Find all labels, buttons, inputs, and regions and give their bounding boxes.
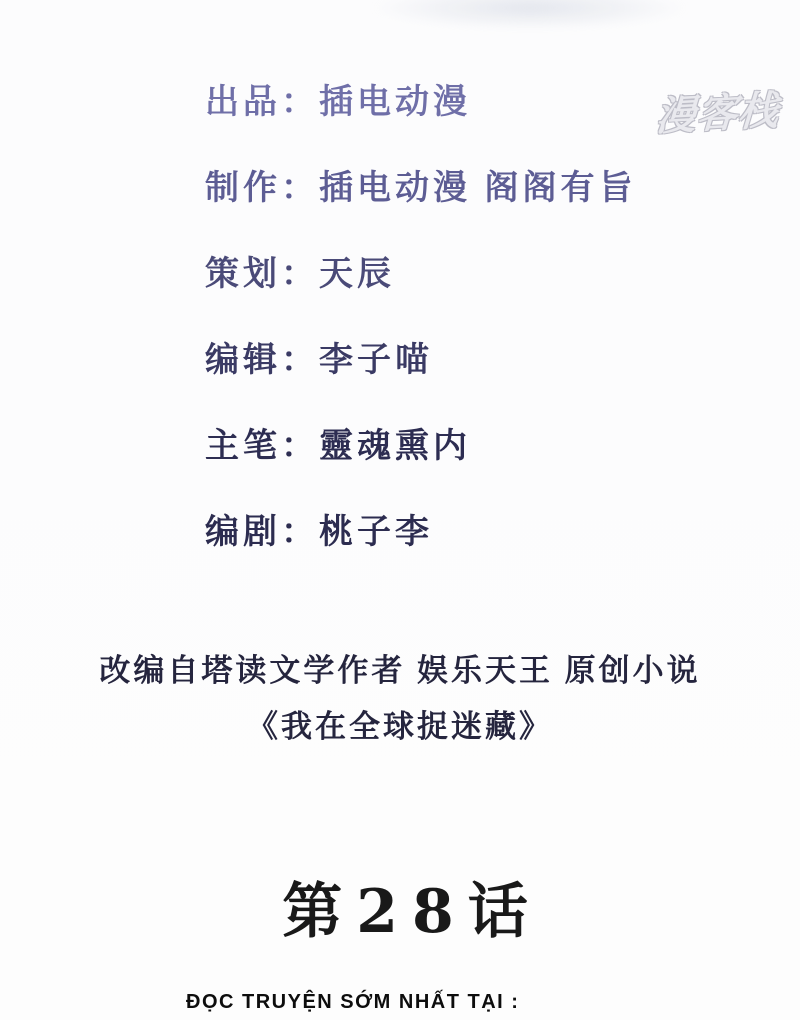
scan-artifact-smudge	[370, 0, 690, 30]
credit-value: 靈魂熏内	[319, 427, 471, 465]
credit-colon: ：	[281, 341, 319, 379]
credit-colon: ：	[281, 427, 319, 465]
credit-row-lead-artist: 主笔：靈魂熏内	[205, 426, 636, 466]
credit-label: 制作	[205, 169, 281, 207]
credit-label: 编剧	[205, 513, 281, 551]
chapter-title: 第28话	[12, 876, 800, 948]
credit-value: 桃子李	[319, 513, 433, 551]
credit-value: 插电动漫	[319, 83, 471, 121]
credit-label: 策划	[205, 255, 281, 293]
credit-value: 天辰	[319, 255, 395, 293]
credit-row-editor: 编辑：李子喵	[205, 340, 636, 380]
credit-row-planning: 策划：天辰	[205, 254, 636, 294]
credit-colon: ：	[281, 83, 319, 121]
credit-colon: ：	[281, 255, 319, 293]
credit-value: 插电动漫 阁阁有旨	[319, 169, 636, 207]
credit-value: 李子喵	[319, 341, 433, 379]
credit-colon: ：	[281, 169, 319, 207]
credits-list: 出品：插电动漫 制作：插电动漫 阁阁有旨 策划：天辰 编辑：李子喵 主笔：靈魂熏…	[205, 82, 636, 552]
comic-credits-page: 漫客栈 出品：插电动漫 制作：插电动漫 阁阁有旨 策划：天辰 编辑：李子喵 主笔…	[0, 0, 800, 1020]
credit-row-screenwriter: 编剧：桃子李	[205, 512, 636, 552]
credit-row-production: 制作：插电动漫 阁阁有旨	[205, 168, 636, 208]
credit-label: 出品	[205, 83, 281, 121]
credit-label: 主笔	[205, 427, 281, 465]
mankezhan-watermark-logo: 漫客栈	[654, 79, 781, 142]
reader-note-vietnamese: ĐỌC TRUYỆN SỚM NHẤT TẠI :	[186, 990, 519, 1014]
adaptation-source-line: 改编自塔读文学作者 娱乐天王 原创小说	[0, 652, 800, 690]
credit-label: 编辑	[205, 341, 281, 379]
credit-row-producer: 出品：插电动漫	[205, 82, 636, 122]
adaptation-note: 改编自塔读文学作者 娱乐天王 原创小说 《我在全球捉迷藏》	[0, 652, 800, 746]
credit-colon: ：	[281, 513, 319, 551]
novel-title: 《我在全球捉迷藏》	[0, 708, 800, 746]
